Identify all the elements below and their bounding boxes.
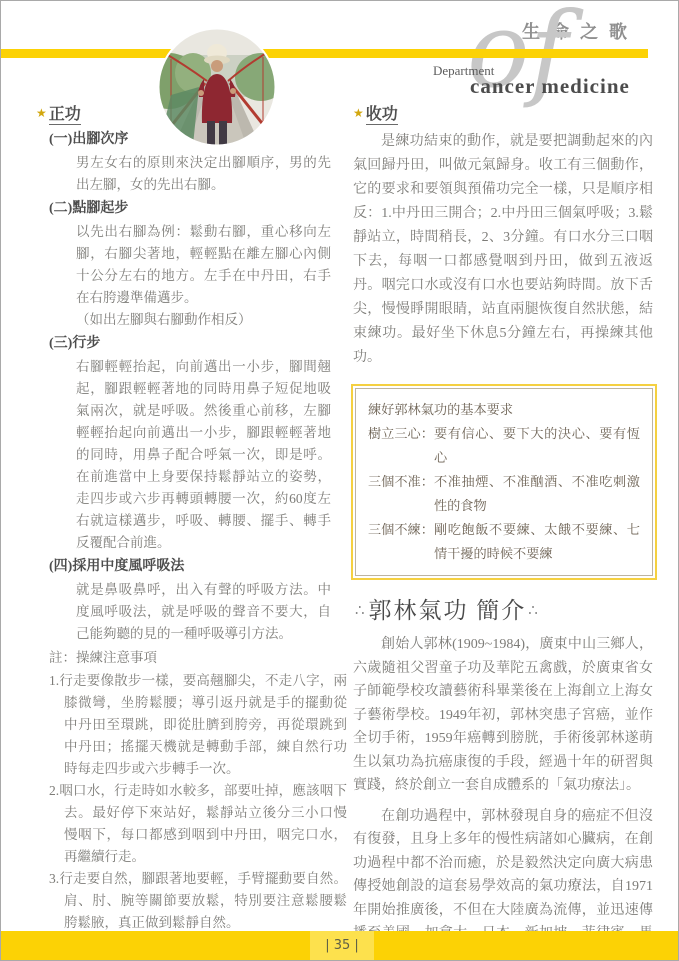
section-title: 收功 bbox=[366, 104, 398, 125]
item-note: （如出左腳與右腳動作相反） bbox=[76, 309, 331, 331]
practice-note: 2.咽口水，行走時如水較多，部要吐掉，應該咽下去。最好停下來站好，鬆靜站立後分三… bbox=[49, 780, 347, 868]
right-column: ★收功 是練功結束的動作，就是要把調動起來的內氣回歸丹田，叫做元氣歸身。收工有三… bbox=[353, 101, 653, 961]
item-body: 右腳輕輕抬起，向前邁出一小步，腳間翹起，腳跟輕輕著地的同時用鼻子短促地吸氣兩次，… bbox=[76, 356, 331, 554]
section-title: 正功 bbox=[49, 104, 81, 125]
rule-label: 三個不練： bbox=[368, 518, 434, 566]
intro-paragraph: 創始人郭林(1909~1984)，廣東中山三鄉人，六歲隨祖父習童子功及華陀五禽戲… bbox=[353, 633, 653, 798]
rule-text: 不准抽煙、不准酗酒、不准吃刺激性的食物 bbox=[434, 470, 640, 518]
star-icon: ★ bbox=[36, 106, 47, 120]
rule-text: 剛吃飽飯不要練、太餓不要練、七情干擾的時候不要練 bbox=[434, 518, 640, 566]
item-body: 就是鼻吸鼻呼，出入有聲的呼吸方法。中度風呼吸法，就是呼吸的聲音不要大，自己能夠聽… bbox=[76, 579, 331, 645]
practice-note: 3.行走要自然，腳跟著地要輕，手臂擺動要自然。肩、肘、腕等關節要放鬆，特別要注意… bbox=[49, 868, 347, 934]
star-icon: ★ bbox=[353, 106, 364, 120]
intro-title-text: 郭林氣功 簡介 bbox=[369, 598, 527, 623]
header-accent-bar bbox=[1, 49, 648, 58]
rule-label: 樹立三心： bbox=[368, 422, 434, 470]
item-heading: (四)採用中度風呼吸法 bbox=[49, 555, 334, 579]
page-number: | 35 | bbox=[310, 931, 374, 961]
item-body: 男左女右的原則來決定出腳順序，男的先出左腳，女的先出右腳。 bbox=[76, 152, 331, 196]
asterism-ornament-right: ∴ bbox=[528, 603, 540, 619]
item-heading: (二)點腳起步 bbox=[49, 197, 334, 221]
item-heading: (三)行步 bbox=[49, 332, 334, 356]
rule-text: 要有信心、要下大的決心、要有恆心 bbox=[434, 422, 640, 470]
requirement-rule: 三個不練： 剛吃飽飯不要練、太餓不要練、七情干擾的時候不要練 bbox=[368, 518, 640, 566]
item-body: 以先出右腳為例：鬆動右腳，重心移向左腳，右腳尖著地，輕輕點在離左腳心內側十公分左… bbox=[76, 221, 331, 309]
asterism-ornament-left: ∴ bbox=[355, 603, 367, 619]
requirement-rule: 三個不准： 不准抽煙、不准酗酒、不准吃刺激性的食物 bbox=[368, 470, 640, 518]
left-column: ★正功 (一)出腳次序 男左女右的原則來決定出腳順序，男的先出左腳，女的先出右腳… bbox=[36, 101, 334, 934]
shougong-body: 是練功結束的動作，就是要把調動起來的內氣回歸丹田，叫做元氣歸身。收工有三個動作，… bbox=[353, 130, 653, 370]
requirements-title: 練好郭林氣功的基本要求 bbox=[368, 398, 640, 422]
notes-title: 註：操練注意事項 bbox=[49, 646, 334, 670]
requirements-box: 練好郭林氣功的基本要求 樹立三心： 要有信心、要下大的決心、要有恆心 三個不准：… bbox=[355, 388, 653, 576]
rule-label: 三個不准： bbox=[368, 470, 434, 518]
magazine-page: 生命之歌 of Department cancer medicine bbox=[0, 0, 679, 961]
profile-photo bbox=[157, 27, 277, 147]
cancer-medicine-label: cancer medicine bbox=[470, 74, 630, 99]
practice-note: 1.行走要像散步一樣，要高翹腳尖，不走八字，兩膝微彎，坐胯鬆腰；導引返丹就是手的… bbox=[49, 670, 347, 780]
requirement-rule: 樹立三心： 要有信心、要下大的決心、要有恆心 bbox=[368, 422, 640, 470]
bridge-photo-illustration bbox=[157, 27, 277, 147]
intro-title: ∴郭林氣功 簡介∴ bbox=[353, 596, 653, 626]
